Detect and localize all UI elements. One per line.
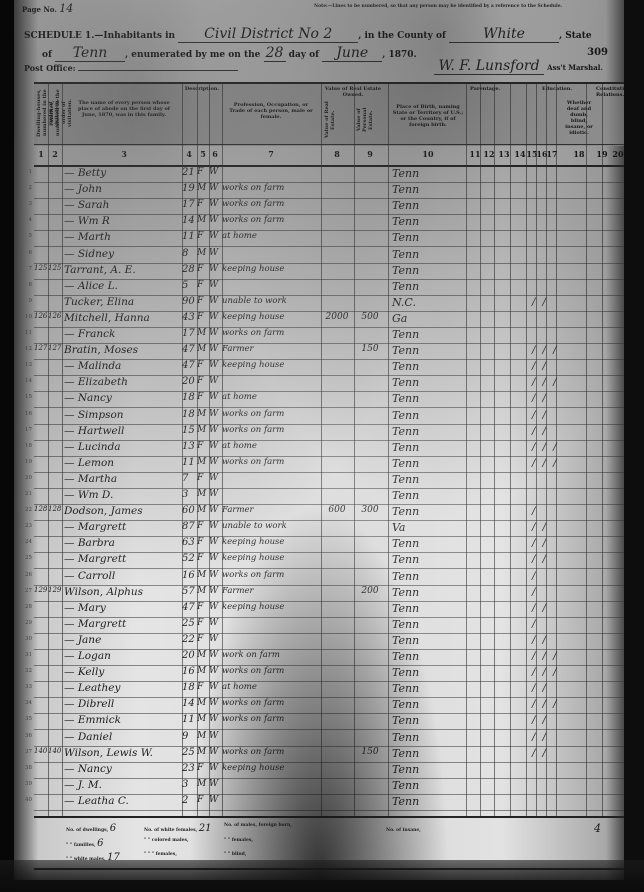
birthplace: Tenn [392, 425, 452, 438]
color: W [209, 264, 221, 274]
color: W [209, 473, 221, 483]
tally-marks: / / [532, 393, 548, 404]
table-row: 2727129129Wilson, Alphus57MWFarmer200Ten… [34, 585, 624, 602]
occupation: works on farm [222, 425, 320, 435]
birthplace: Tenn [392, 199, 452, 212]
tally-marks: / [532, 571, 537, 582]
person-name: — Marth [64, 231, 182, 243]
occupation: works on farm [222, 409, 320, 419]
marshal-line: W. F. Lunsford Ass't Marshal. [434, 58, 603, 75]
scan-left-edge [0, 0, 14, 892]
person-name: — Margrett [64, 521, 182, 533]
birthplace: Tenn [392, 441, 452, 454]
line-number: 9 [20, 298, 32, 304]
col20-total: 4 [594, 822, 601, 835]
marshal-label: Ass't Marshal. [547, 63, 603, 72]
occupation: Farmer [222, 344, 320, 354]
age: 25 [182, 747, 196, 758]
birthplace: Tenn [392, 666, 452, 679]
color: W [209, 409, 221, 419]
line-number: 20 [20, 475, 32, 481]
occupation: works on farm [222, 183, 320, 193]
col-num-2: 2 [52, 149, 58, 159]
line-number: 11 [20, 330, 32, 336]
tally-marks: / / [532, 748, 548, 759]
table-row: 3939— J. M.3MWTenn [34, 778, 624, 795]
col-header-disability: Whether deaf and dumb, blind, insane, or… [564, 100, 594, 136]
person-name: — Barbra [64, 537, 182, 549]
sex: F [197, 376, 209, 386]
line-number: 16 [20, 411, 32, 417]
col-num-11: 11 [469, 149, 480, 159]
line-number: 17 [20, 427, 32, 433]
birthplace: Tenn [392, 376, 452, 389]
tally-marks: / / / [532, 651, 558, 662]
person-name: Wilson, Lewis W. [64, 747, 182, 759]
age: 28 [182, 264, 196, 275]
sex: F [197, 473, 209, 483]
col-group-education: Education. [542, 86, 562, 92]
age: 47 [182, 602, 196, 613]
insane-label: No. of insane, [386, 828, 421, 833]
sex: F [197, 280, 209, 290]
birthplace: Tenn [392, 537, 452, 550]
age: 23 [182, 763, 196, 774]
color: W [209, 360, 221, 370]
line-number: 18 [20, 443, 32, 449]
col-num-20: 20 [612, 149, 623, 159]
dwellings-label: No. of dwellings, [66, 828, 108, 833]
sex: F [197, 634, 209, 644]
color: W [209, 328, 221, 338]
line-number: 3 [20, 201, 32, 207]
table-row: 2828— Mary47FWkeeping houseTenn/ / [34, 601, 624, 618]
person-name: — Elizabeth [64, 376, 182, 388]
family-number: 140 [48, 747, 62, 755]
person-name: — Daniel [64, 731, 182, 743]
occupation: Farmer [222, 505, 320, 515]
table-row: 3535— Emmick11MWworks on farmTenn/ / [34, 713, 624, 730]
col-num-1: 1 [38, 149, 44, 159]
personal-estate-value: 200 [354, 586, 386, 596]
occupation: works on farm [222, 457, 320, 467]
dwelling-number: 129 [34, 586, 48, 594]
person-name: — Malinda [64, 360, 182, 372]
person-name: Wilson, Alphus [64, 586, 182, 598]
color: W [209, 602, 221, 612]
color: W [209, 537, 221, 547]
tally-marks: / / [532, 426, 548, 437]
table-row: 22— John19MWworks on farmTenn [34, 182, 624, 199]
col-num-18: 18 [573, 149, 584, 159]
line-number: 28 [20, 604, 32, 610]
table-row: 99Tucker, Elina90FWunable to workN.C./ / [34, 295, 624, 312]
tally-marks: / / [532, 603, 548, 614]
person-name: — John [64, 183, 182, 195]
sex: F [197, 537, 209, 547]
occupation: keeping house [222, 537, 320, 547]
color: W [209, 441, 221, 451]
sex: M [197, 505, 209, 515]
age: 17 [182, 199, 196, 210]
occupation: keeping house [222, 264, 320, 274]
person-name: — J. M. [64, 779, 182, 791]
line-number: 14 [20, 378, 32, 384]
sex: F [197, 553, 209, 563]
age: 43 [182, 312, 196, 323]
line-number: 1 [20, 169, 32, 175]
color: W [209, 312, 221, 322]
table-row: 2323— Margrett87FWunable to workVa/ / [34, 520, 624, 537]
color: W [209, 199, 221, 209]
age: 52 [182, 553, 196, 564]
line-number: 25 [20, 555, 32, 561]
occupation: works on farm [222, 747, 320, 757]
year: 1870. [388, 50, 416, 60]
tally-marks: / [532, 506, 537, 517]
birthplace: Tenn [392, 489, 452, 502]
col-header-name: The name of every person whose place of … [74, 100, 174, 118]
tally-marks: / / [532, 683, 548, 694]
sex: F [197, 167, 209, 177]
person-name: — Jane [64, 634, 182, 646]
color: W [209, 183, 221, 193]
color: W [209, 167, 221, 177]
col-header-family: Families, numbered in the order of visit… [49, 88, 61, 138]
sex: M [197, 215, 209, 225]
line-number: 19 [20, 459, 32, 465]
occupation: at home [222, 682, 320, 692]
occupation: works on farm [222, 570, 320, 580]
birthplace: Tenn [392, 682, 452, 695]
age: 11 [182, 231, 196, 242]
age: 11 [182, 714, 196, 725]
table-row: 3737140140Wilson, Lewis W.25MWworks on f… [34, 746, 624, 763]
sex: M [197, 586, 209, 596]
occupation: at home [222, 392, 320, 402]
col-header-personal-estate: Value of Personal Estate. [356, 98, 366, 142]
person-name: — Hartwell [64, 425, 182, 437]
person-name: — Carroll [64, 570, 182, 582]
dwelling-number: 126 [34, 312, 48, 320]
line-number: 24 [20, 539, 32, 545]
age: 87 [182, 521, 196, 532]
color: W [209, 457, 221, 467]
age: 21 [182, 167, 196, 178]
table-row: 77125125Tarrant, A. E.28FWkeeping houseT… [34, 263, 624, 280]
sex: F [197, 682, 209, 692]
schedule-label: SCHEDULE 1.—Inhabitants in [24, 31, 175, 41]
sex: F [197, 763, 209, 773]
tally-marks: / / / [532, 458, 558, 469]
page-number-line: Page No. 14 [22, 2, 73, 15]
family-number: 126 [48, 312, 62, 320]
birthplace: Tenn [392, 747, 452, 760]
line-number: 30 [20, 636, 32, 642]
occupation: works on farm [222, 215, 320, 225]
age: 15 [182, 425, 196, 436]
sex: F [197, 441, 209, 451]
color: W [209, 521, 221, 531]
birthplace: Tenn [392, 650, 452, 663]
dwellings-total: No. of dwellings, 6 [66, 823, 116, 834]
line-number: 32 [20, 668, 32, 674]
person-name: — Margrett [64, 618, 182, 630]
col-group-estate: Value of Real Estate Owned. [322, 86, 384, 98]
birthplace: Tenn [392, 586, 452, 599]
color: W [209, 231, 221, 241]
tally-marks: / / [532, 732, 548, 743]
sex: M [197, 183, 209, 193]
age: 9 [182, 731, 196, 742]
table-row: 2020— Martha7FWTenn [34, 472, 624, 489]
colored-females-label: " " " females, [144, 852, 177, 857]
line-number: 10 [20, 314, 32, 320]
tally-marks: / / [532, 410, 548, 421]
occupation: keeping house [222, 763, 320, 773]
birthplace: Tenn [392, 409, 452, 422]
person-name: — Betty [64, 167, 182, 179]
birthplace: Tenn [392, 264, 452, 277]
color: W [209, 344, 221, 354]
males-foreign-label: No. of males, foreign born, [224, 823, 292, 828]
age: 18 [182, 392, 196, 403]
occupation: works on farm [222, 199, 320, 209]
table-row: 1414— Elizabeth20FWTenn/ / / [34, 375, 624, 392]
table-row: 1818— Lucinda13FWat homeTenn/ / / [34, 440, 624, 457]
table-row: 66— Sidney8MWTenn [34, 247, 624, 264]
line-number: 27 [20, 588, 32, 594]
age: 8 [182, 248, 196, 259]
table-row: 1010126126Mitchell, Hanna43FWkeeping hou… [34, 311, 624, 328]
tally-marks: / / [532, 538, 548, 549]
table-row: 2121— Wm D.3MWTenn [34, 488, 624, 505]
table-row: 1515— Nancy18FWat homeTenn/ / [34, 391, 624, 408]
age: 3 [182, 779, 196, 790]
post-office-line: Post Office: [24, 63, 238, 73]
line-number: 34 [20, 700, 32, 706]
line-number: 37 [20, 749, 32, 755]
col-num-5: 5 [200, 149, 206, 159]
age: 47 [182, 344, 196, 355]
line-number: 5 [20, 233, 32, 239]
color: W [209, 666, 221, 676]
enumeration-line: of Tenn, enumerated by me on the 28 day … [42, 45, 417, 62]
table-row: 33— Sarah17FWworks on farmTenn [34, 198, 624, 215]
line-number: 22 [20, 507, 32, 513]
age: 57 [182, 586, 196, 597]
color: W [209, 779, 221, 789]
table-row: 11— Betty21FWTenn [34, 166, 624, 183]
age: 47 [182, 360, 196, 371]
line-number: 4 [20, 217, 32, 223]
line-number: 36 [20, 733, 32, 739]
occupation: works on farm [222, 698, 320, 708]
families-total: " " families, 6 [66, 838, 103, 849]
occupation: works on farm [222, 714, 320, 724]
color: W [209, 489, 221, 499]
age: 2 [182, 795, 196, 806]
age: 25 [182, 618, 196, 629]
color: W [209, 553, 221, 563]
birthplace: Tenn [392, 392, 452, 405]
col-header-birthplace: Place of Birth, naming State or Territor… [390, 104, 466, 128]
family-number: 128 [48, 505, 62, 513]
dwellings-value: 6 [110, 823, 116, 834]
sex: M [197, 698, 209, 708]
day-of-label: day of [289, 50, 319, 60]
males-foreign-total: No. of males, foreign born, [224, 823, 292, 828]
birthplace: N.C. [392, 296, 452, 309]
line-number: 40 [20, 797, 32, 803]
person-name: — Dibrell [64, 698, 182, 710]
birthplace: Tenn [392, 328, 452, 341]
family-number: 125 [48, 264, 62, 272]
birthplace: Va [392, 521, 452, 534]
table-row: 4040— Leatha C.2FWTenn [34, 794, 624, 811]
table-row: 3131— Logan20MWwork on farmTenn/ / / [34, 649, 624, 666]
tally-marks: / / [532, 361, 548, 372]
birthplace: Tenn [392, 618, 452, 631]
sex: M [197, 747, 209, 757]
dwelling-number: 125 [34, 264, 48, 272]
person-name: — Franck [64, 328, 182, 340]
col-group-parentage: Parentage. [470, 86, 500, 92]
sex: F [197, 296, 209, 306]
table-row: 2222128128Dodson, James60MWFarmer600300T… [34, 504, 624, 521]
white-females-value: 21 [199, 823, 212, 834]
color: W [209, 650, 221, 660]
sex: F [197, 521, 209, 531]
county-written: White [449, 26, 559, 43]
tally-marks: / / / [532, 377, 558, 388]
line-number: 38 [20, 765, 32, 771]
sex: M [197, 457, 209, 467]
color: W [209, 215, 221, 225]
table-row: 88— Alice L.5FWTenn [34, 279, 624, 296]
real-estate-value: 600 [321, 505, 353, 515]
sex: M [197, 779, 209, 789]
sex: M [197, 650, 209, 660]
color: W [209, 505, 221, 515]
table-row: 3636— Daniel9MWTenn/ / [34, 730, 624, 747]
color: W [209, 634, 221, 644]
col-header-occupation: Profession, Occupation, or Trade of each… [228, 102, 314, 120]
sex: M [197, 731, 209, 741]
tally-marks: / / [532, 635, 548, 646]
table-row: 55— Marth11FWat homeTenn [34, 230, 624, 247]
occupation: keeping house [222, 312, 320, 322]
post-office-label: Post Office: [24, 63, 76, 73]
color: W [209, 698, 221, 708]
line-number: 23 [20, 523, 32, 529]
table-row: 1717— Hartwell15MWworks on farmTenn/ / [34, 424, 624, 441]
line-number: 13 [20, 362, 32, 368]
tally-marks: / / / [532, 699, 558, 710]
tally-marks: / / / [532, 667, 558, 678]
colored-females-total: " " " females, [144, 852, 177, 857]
sex: M [197, 344, 209, 354]
birthplace: Tenn [392, 570, 452, 583]
birthplace: Ga [392, 312, 452, 325]
personal-estate-value: 500 [354, 312, 386, 322]
line-number: 33 [20, 684, 32, 690]
colored-males-label: " " colored males, [144, 838, 189, 843]
occupation: keeping house [222, 602, 320, 612]
color: W [209, 570, 221, 580]
birthplace: Tenn [392, 183, 452, 196]
occupation: unable to work [222, 521, 320, 531]
females-foreign-label: " " females, [224, 838, 253, 843]
table-row: 1313— Malinda47FWkeeping houseTenn/ / [34, 359, 624, 376]
birthplace: Tenn [392, 698, 452, 711]
birthplace: Tenn [392, 473, 452, 486]
table-row: 2929— Margrett25FWTenn/ [34, 617, 624, 634]
table-row: 3030— Jane22FWTenn/ / [34, 633, 624, 650]
table-row: 3434— Dibrell14MWworks on farmTenn/ / / [34, 697, 624, 714]
age: 3 [182, 489, 196, 500]
sex: F [197, 602, 209, 612]
birthplace: Tenn [392, 795, 452, 808]
schedule-line: SCHEDULE 1.—Inhabitants in Civil Distric… [24, 26, 592, 43]
females-foreign-total: " " females, [224, 838, 253, 843]
col-num-14: 14 [514, 149, 525, 159]
table-row: 3838— Nancy23FWkeeping houseTenn [34, 762, 624, 779]
age: 7 [182, 473, 196, 484]
line-number: 2 [20, 185, 32, 191]
age: 20 [182, 376, 196, 387]
line-number: 29 [20, 620, 32, 626]
birthplace: Tenn [392, 360, 452, 373]
tally-marks: / / [532, 522, 548, 533]
age: 5 [182, 280, 196, 291]
person-name: — Logan [64, 650, 182, 662]
person-name: — Mary [64, 602, 182, 614]
sex: F [197, 392, 209, 402]
age: 20 [182, 650, 196, 661]
birthplace: Tenn [392, 231, 452, 244]
person-name: — Wm R [64, 215, 182, 227]
table-row: 1616— Simpson18MWworks on farmTenn/ / [34, 408, 624, 425]
enumerated-label: enumerated by me on the [131, 50, 260, 60]
sex: M [197, 666, 209, 676]
line-number: 15 [20, 394, 32, 400]
sex: M [197, 570, 209, 580]
table-row: 44— Wm R14MWworks on farmTenn [34, 214, 624, 231]
age: 11 [182, 457, 196, 468]
col-num-3: 3 [121, 149, 127, 159]
stamped-page-number: 309 [587, 47, 608, 58]
person-name: — Sarah [64, 199, 182, 211]
color: W [209, 747, 221, 757]
color: W [209, 763, 221, 773]
birthplace: Tenn [392, 553, 452, 566]
line-number: 6 [20, 250, 32, 256]
day-written: 28 [264, 45, 286, 62]
color: W [209, 731, 221, 741]
person-name: — Wm D. [64, 489, 182, 501]
col-num-13: 13 [498, 149, 509, 159]
birthplace: Tenn [392, 763, 452, 776]
occupation: Farmer [222, 586, 320, 596]
line-number: 8 [20, 282, 32, 288]
color: W [209, 682, 221, 692]
page-number-written: 14 [59, 2, 73, 15]
birthplace: Tenn [392, 602, 452, 615]
age: 22 [182, 634, 196, 645]
person-name: — Leatha C. [64, 795, 182, 807]
table-row: 1212127127Bratin, Moses47MWFarmer150Tenn… [34, 343, 624, 360]
